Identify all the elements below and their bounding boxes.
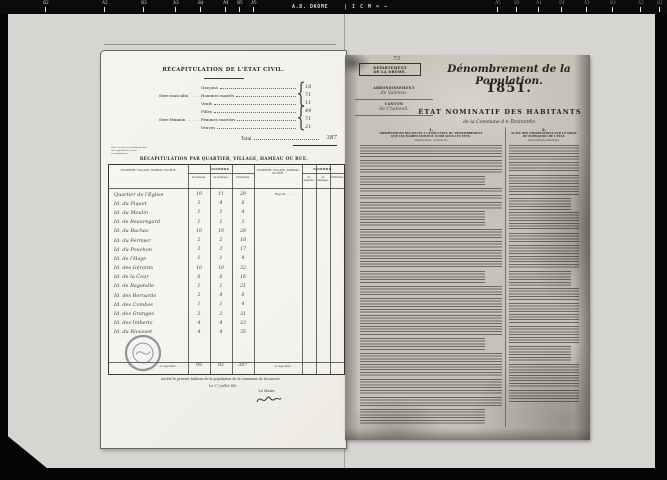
mayor-signature [256, 393, 282, 407]
nombre-rule [188, 173, 254, 174]
dot-leader [214, 101, 296, 105]
illegible-paragraph [360, 145, 502, 157]
dot-leader [236, 93, 296, 97]
civil-row-label: Garçons [201, 85, 218, 90]
ruler-tick [586, 7, 587, 12]
closing-statement: Arrêté le présent tableau de la populati… [131, 377, 311, 381]
maisons-count: 4 [188, 330, 210, 335]
illegible-paragraph [360, 241, 502, 248]
departement-line2: DE LA DRÔME. [360, 70, 420, 74]
menages-count: 10 [210, 229, 232, 234]
individus-count: 3 [232, 220, 254, 225]
illegible-instruction-text [360, 145, 502, 424]
menages-count: 1 [210, 220, 232, 225]
ruler-tick [225, 7, 226, 12]
archive-agency-label: A.D. DROME [292, 4, 328, 10]
menages-count: 4 [210, 330, 232, 335]
menages-count: 1 [210, 256, 232, 261]
illegible-paragraph [509, 390, 579, 402]
illegible-paragraph [509, 212, 579, 230]
maisons-count: 2 [188, 247, 210, 252]
illegible-paragraph [509, 145, 579, 160]
illegible-paragraph [360, 379, 502, 394]
ruler-mark-label: B4 [194, 1, 208, 6]
illegible-paragraph [509, 303, 579, 323]
maisons-count: 2 [188, 293, 210, 298]
female-group-label: Sexe féminin . . . . . [159, 117, 205, 122]
table-row: Id. de Beauregard 1 1 3 [109, 218, 344, 227]
menages-count: 1 [210, 284, 232, 289]
illegible-paragraph [360, 271, 485, 283]
table-row: Id. de la Cour 6 6 16 [109, 273, 344, 282]
total-underline [293, 145, 337, 148]
menages-count: 4 [210, 201, 232, 206]
table-row: Id. du Pouchon 2 2 17 [109, 245, 344, 254]
maisons-count: 1 [188, 256, 210, 261]
illegible-instruction-text [509, 145, 579, 402]
ruler-tick [497, 7, 498, 12]
nombre-rule [302, 173, 344, 174]
ruler-mark-label: B5 [510, 1, 524, 6]
ruler-mark-label: B4 [555, 1, 569, 6]
civil-row-label: Veuves [201, 125, 215, 130]
ruler-mark-label: B3 [137, 1, 151, 6]
total-label: Total [241, 136, 252, 141]
table-row: Id. du Bachas 10 10 28 [109, 227, 344, 236]
illegible-paragraph [360, 188, 502, 192]
commune-handwritten: e Bouvante. [506, 119, 537, 125]
illegible-paragraph [509, 233, 579, 243]
ruler-tick [612, 7, 613, 12]
maisons-count: 4 [188, 321, 210, 326]
nombre-subheaders: de maisons.de ménages.d'individus. [188, 176, 254, 179]
dot-leader [214, 109, 296, 113]
civil-row-label: Femmes mariées [201, 117, 235, 122]
ruler-mark-label: A4 [532, 1, 546, 6]
instructions-column-1: 1. OBSERVATIONS RELATIVES À L'EXÉCUTION … [360, 127, 502, 426]
table-row: Id. des Gérards 10 10 32 [109, 264, 344, 273]
name-column-header: QUARTIER, VILLAGE, HAMEAU OU RUE. [256, 169, 300, 176]
carry-label: A reporter . . . . . [256, 364, 300, 368]
illegible-paragraph [360, 286, 502, 296]
illegible-paragraph [360, 169, 502, 173]
illegible-paragraph [360, 298, 502, 313]
nombre-header: NOMBRE. [188, 167, 254, 171]
ruler-mark-label: B5 [233, 1, 247, 6]
ruler-tick [538, 7, 539, 12]
individus-count: 16 [232, 238, 254, 243]
illegible-paragraph [360, 160, 502, 167]
individus-count: 16 [232, 275, 254, 280]
menages-count: 1 [210, 210, 232, 215]
quartier-name-handwritten: Id. de la Cour [109, 274, 188, 280]
nombre-subheaders: de maisons.de ménages.d'individus. [302, 176, 344, 182]
quartier-name-handwritten: Quartier de l'Église [109, 192, 188, 198]
date-year: 185 . [230, 384, 238, 388]
quartier-name-handwritten: Id. des Gérards [109, 265, 188, 271]
quartier-name-handwritten: Id. du Pouchon [109, 247, 188, 253]
instructions-column-2: 2. SUITE DES OBSERVATIONS SUR LE MODE DE… [509, 127, 579, 405]
individus-count: 32 [232, 266, 254, 271]
menages-count: 4 [210, 321, 232, 326]
nombre-header: NOMBRE. [302, 167, 344, 171]
maisons-count: 10 [188, 229, 210, 234]
maisons-count: 2 [188, 312, 210, 317]
canton-label: CANTON [351, 102, 437, 106]
ruler-mark-label: B2 [39, 1, 53, 6]
nombre-subheader: de maisons. [188, 176, 210, 179]
maisons-count: 1 [188, 210, 210, 215]
ruler-tick [175, 7, 176, 12]
municipal-stamp [119, 329, 166, 376]
illegible-paragraph [360, 229, 502, 239]
ruler-tick [561, 7, 562, 12]
civil-row-label: Filles [201, 109, 212, 114]
ruler-mark-label: A2 [98, 1, 112, 6]
civil-row-label: Veufs [201, 101, 212, 106]
dot-leader [220, 85, 296, 89]
closing-printed-text: Arrêté le présent tableau de la populati… [161, 377, 261, 381]
maisons-count: 2 [188, 238, 210, 243]
nota-footnote: Nota. Le total des habitants doit être é… [111, 147, 151, 155]
quartier-name-handwritten: Id. de l'Haye [109, 256, 188, 262]
film-ruler: B2 A2 B3 A3 B4 A4 B5 [0, 0, 667, 14]
table-row: Id. des Imberts 4 4 23 [109, 319, 344, 328]
name-column-header: QUARTIER, VILLAGE, HAMEAU OU RUE. [112, 169, 185, 172]
table-row: Quartier de l'Église 19 11 29 [109, 190, 344, 199]
ruler-tick [640, 7, 641, 12]
ruler-tick [45, 7, 46, 12]
quartier-name-handwritten: Id. de Bagatelle [109, 283, 188, 289]
illegible-paragraph [360, 338, 485, 350]
maisons-count: 19 [188, 192, 210, 197]
illegible-paragraph [509, 198, 571, 210]
individus-count: 28 [232, 229, 254, 234]
ruler-mark-label: B3 [606, 1, 620, 6]
illegible-paragraph [360, 211, 485, 226]
illegible-paragraph [509, 364, 579, 387]
table-row: Id. du Piquet 3 4 6 [109, 199, 344, 208]
ruler-tick [200, 7, 201, 12]
column-caption: SUITE DES OBSERVATIONS SUR LE MODE DE FO… [509, 132, 579, 139]
ruler-tick [253, 7, 254, 12]
ruler-mark-label: B2 [653, 1, 667, 6]
civil-total-row: Total 387 [241, 135, 337, 141]
nombre-subheader: de maisons. [302, 176, 316, 182]
table-row: Id. de Bagatelle 1 1 21 [109, 282, 344, 291]
ruler-mark-label: A3 [169, 1, 183, 6]
menages-count: 2 [210, 238, 232, 243]
mayor-label: Le Maire, [247, 389, 287, 393]
ruler-mark-label: A2 [634, 1, 648, 6]
menages-count: 10 [210, 266, 232, 271]
individus-count: 8 [232, 293, 254, 298]
total-value-handwritten: 387 [321, 135, 338, 141]
quartier-name-handwritten: Id. du Moulin [109, 210, 188, 216]
menages-count: 6 [210, 275, 232, 280]
civil-row-label: Hommes mariés [201, 93, 234, 98]
individus-count: 29 [232, 192, 254, 197]
illegible-paragraph [360, 397, 502, 407]
title-rule [204, 78, 244, 79]
page-number-handwritten: 73 [393, 56, 400, 62]
table-row: Id. de l'Haye 1 1 4 [109, 254, 344, 263]
ruler-tick [239, 7, 240, 12]
ruler-scale-label: | I C M = — [344, 4, 388, 10]
left-page-recapitulation-sheet: RÉCAPITULATION DE L'ÉTAT CIVIL. Sexe mas… [100, 50, 347, 449]
individus-count: 35 [232, 330, 254, 335]
illegible-paragraph [509, 346, 571, 361]
maisons-count: 1 [188, 220, 210, 225]
nombre-subheader: de ménages. [316, 176, 330, 182]
illegible-paragraph [360, 250, 502, 268]
commune-line: de la Commune d e Bouvante. [415, 119, 585, 125]
nombre-subheader: de ménages. [210, 176, 232, 179]
quartier-name-handwritten: Id. des Granges [109, 311, 188, 317]
illegible-paragraph [509, 162, 579, 172]
menages-count: 2 [210, 312, 232, 317]
total-individus: 387 [232, 363, 254, 368]
illegible-paragraph [360, 195, 502, 199]
ruler-tick [104, 7, 105, 12]
illegible-paragraph [360, 202, 502, 209]
quartier-name-handwritten: Id. des Bernards [109, 293, 188, 299]
etat-nominatif-subtitle: ÉTAT NOMINATIF DES HABITANTS [415, 108, 585, 116]
illegible-paragraph [360, 353, 502, 376]
departement-box: DÉPARTEMENT DE LA DRÔME. [359, 63, 421, 76]
quartier-name-handwritten: Id. de Beauregard [109, 219, 188, 225]
ruler-tick [659, 7, 660, 12]
individus-count: 6 [232, 201, 254, 206]
brace-female-group: { [296, 106, 302, 130]
dot-leader [217, 125, 296, 129]
individus-count: 21 [232, 284, 254, 289]
illegible-paragraph [509, 326, 579, 344]
dot-leader [237, 117, 296, 121]
menages-count: 1 [210, 302, 232, 307]
right-page-census-notice: 73 DÉPARTEMENT DE LA DRÔME. ARRONDISSEME… [345, 55, 590, 440]
date-handwritten: 27 juillet [214, 384, 229, 388]
table-row: Id. des Combes 1 1 4 [109, 300, 344, 309]
menages-count: 4 [210, 293, 232, 298]
observations-generales-subheading: Observations générales. [509, 139, 579, 142]
individus-count: 23 [232, 321, 254, 326]
dot-leader [254, 136, 319, 140]
ruler-mark-label: A5 [247, 1, 261, 6]
individus-count: 4 [232, 256, 254, 261]
total-menages: 92 [210, 363, 232, 368]
maisons-count: 6 [188, 275, 210, 280]
menages-count: 11 [210, 192, 232, 197]
quartier-name-handwritten: Id. du Fermier [109, 238, 188, 244]
ruler-tick [143, 7, 144, 12]
census-year: 1851. [433, 81, 585, 96]
arrondissement-handwritten: de Valence. [351, 91, 437, 96]
quartier-rows: Quartier de l'Église 19 11 29 Id. du Piq… [109, 190, 344, 337]
arrondissement-label: ARRONDISSEMENT [351, 86, 437, 90]
caption-note: (Instructions, colonne 6.) [360, 139, 502, 142]
maisons-count: 3 [188, 201, 210, 206]
individus-count: 4 [232, 302, 254, 307]
total-maisons: 95 [188, 363, 210, 368]
illegible-paragraph [360, 176, 485, 186]
individus-count: 4 [232, 210, 254, 215]
ruler-mark-label: A3 [580, 1, 594, 6]
table-row: Id. des Granges 2 2 31 [109, 309, 344, 318]
illegible-paragraph [360, 409, 485, 424]
male-group-label: Sexe masculin . . . . [159, 93, 205, 98]
quartier-name-handwritten: Id. du Piquet [109, 201, 188, 207]
recap-etat-civil-title: RÉCAPITULATION DE L'ÉTAT CIVIL. [101, 67, 346, 73]
admin-rule [355, 99, 433, 100]
commune-prefix: de la Commune d [463, 120, 504, 125]
quartier-name-handwritten: Id. des Combes [109, 302, 188, 308]
maisons-count: 10 [188, 266, 210, 271]
column-divider [505, 127, 506, 427]
nombre-subheader: d'individus. [232, 176, 254, 179]
individus-count: 17 [232, 247, 254, 252]
quartier-name-handwritten: Id. du Bachas [109, 228, 188, 234]
closing-date-line: Le 27 juillet 185 . [209, 384, 289, 388]
menages-count: 2 [210, 247, 232, 252]
table-row: Id. du Moulin 1 1 4 [109, 208, 344, 217]
illegible-paragraph [360, 315, 502, 335]
maisons-count: 1 [188, 284, 210, 289]
archive-scan-viewport: B2 A2 B3 A3 B4 A4 B5 [0, 0, 667, 480]
illegible-paragraph [509, 271, 571, 286]
ruler-mark-label: A5 [491, 1, 505, 6]
closing-commune-handwritten: e Bouvante. [261, 377, 281, 381]
table-row: Id. des Bernards 2 4 8 [109, 291, 344, 300]
illegible-paragraph [509, 175, 579, 195]
illegible-paragraph [509, 288, 579, 300]
table-row: Id. du Fermier 2 2 16 [109, 236, 344, 245]
ruler-tick [516, 7, 517, 12]
quartier-name-handwritten: Id. des Imberts [109, 320, 188, 326]
quartier-table-title: RÉCAPITULATION PAR QUARTIER, VILLAGE, HA… [109, 156, 339, 161]
nombre-subheader: d'individus. [330, 176, 344, 182]
date-prefix: Le [209, 384, 213, 388]
table-header-rule [109, 188, 344, 189]
ruler-mark-label: A4 [219, 1, 233, 6]
individus-count: 31 [232, 312, 254, 317]
illegible-paragraph [509, 245, 579, 268]
maisons-count: 1 [188, 302, 210, 307]
